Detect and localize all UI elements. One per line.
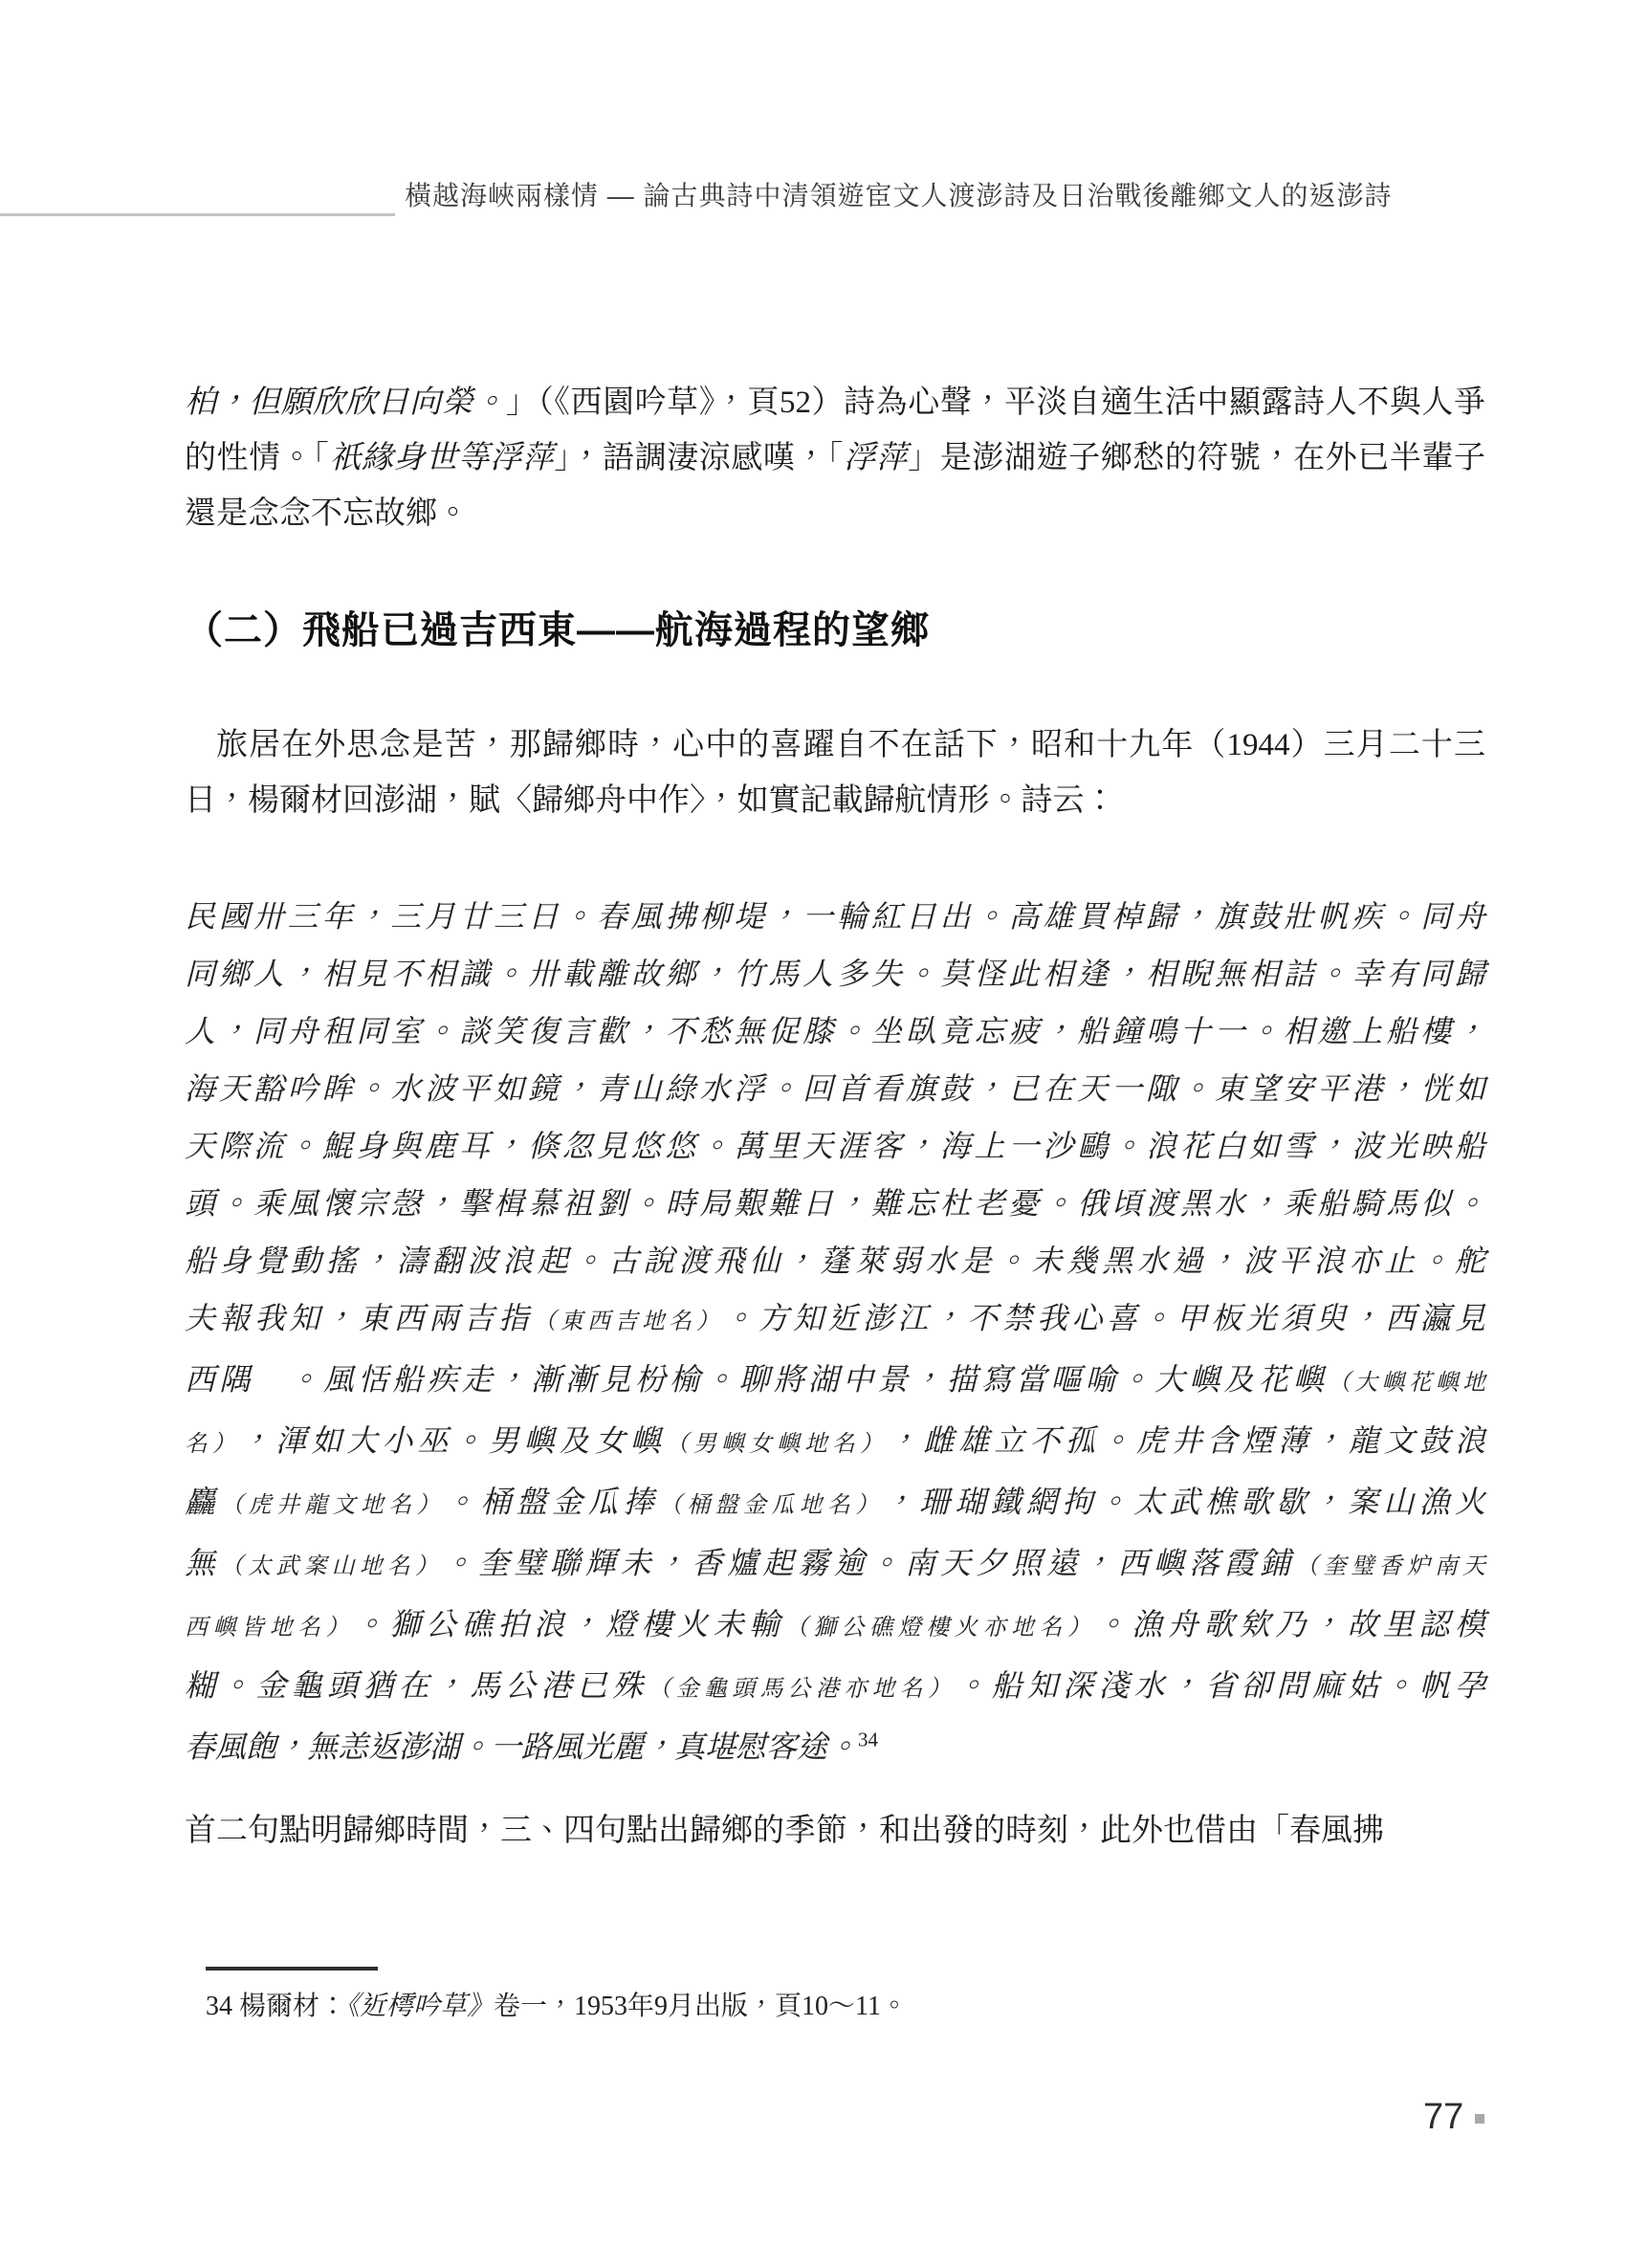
text-segment: 浮萍	[844, 441, 908, 475]
text-segment: 34 楊爾材：	[206, 1992, 346, 2021]
poem-line: 糊。金龜頭猶在，馬公港已殊（金龜頭馬公港亦地名）。船知深淺水，省卻問麻姑。帆孕	[185, 1657, 1485, 1718]
text-segment: 。獅公礁拍浪，燈樓火未輸	[354, 1607, 784, 1641]
paragraph-1: 柏，但願欣欣日向榮。」（《西園吟草》，頁52）詩為心聲，平淡自適生活中顯露詩人不…	[185, 375, 1485, 541]
text-segment: 。桶盤金瓜捧	[445, 1485, 659, 1519]
poem-line: 頭。乘風懷宗愨，擊楫慕祖劉。時局艱難日，難忘杜老憂。俄頃渡黑水，乘船騎馬似。	[185, 1175, 1485, 1232]
poem-line: 名），渾如大小巫。男嶼及女嶼（男嶼女嶼地名），雌雄立不孤。虎井含煙薄，龍文鼓浪	[185, 1412, 1485, 1473]
text-segment: 。船知深淺水，省卻問麻姑。帆孕	[956, 1668, 1485, 1703]
text-segment: 西隅 。風恬船疾走，漸漸見枌榆。聊將湖中景，描寫當嘔喻。大嶼及花嶼	[185, 1362, 1328, 1397]
text-segment: 無	[185, 1546, 220, 1580]
header-rule	[0, 213, 395, 216]
poem-line: 西嶼皆地名）。獅公礁拍浪，燈樓火未輸（獅公礁燈樓火亦地名）。漁舟歌欸乃，故里認模	[185, 1596, 1485, 1657]
poem-line: 麤（虎井龍文地名）。桶盤金瓜捧（桶盤金瓜地名），珊瑚鐵網拘。太武樵歌歇，案山漁火	[185, 1473, 1485, 1534]
paragraph-2: 旅居在外思念是苦，那歸鄉時，心中的喜躍自不在話下，昭和十九年（1944）三月二十…	[185, 717, 1485, 828]
footnote-ref: 34	[858, 1728, 878, 1751]
text-segment: 卷一，1953年9月出版，頁10～11。	[494, 1992, 908, 2021]
text-segment: 同鄉人，相見不相識。卅載離故鄉，竹馬人多失。莫怪此相逢，相睨無相詰。幸有同歸	[185, 957, 1485, 991]
poem-line: 西隅 。風恬船疾走，漸漸見枌榆。聊將湖中景，描寫當嘔喻。大嶼及花嶼（大嶼花嶼地	[185, 1351, 1485, 1412]
text-segment: 。漁舟歌欸乃，故里認模	[1096, 1607, 1485, 1641]
page-marker-square-icon	[1475, 2114, 1484, 2124]
text-segment: （東西吉地名）	[533, 1310, 723, 1334]
text-segment: 人，同舟租同室。談笑復言歡，不愁無促膝。坐臥竟忘疲，船鐘鳴十一。相邀上船樓，	[185, 1014, 1485, 1048]
poem-line: 民國卅三年，三月廿三日。春風拂柳堤，一輪紅日出。高雄買棹歸，旗鼓壯帆疾。同舟	[185, 888, 1485, 945]
text-segment: 船身覺動搖，濤翻波浪起。古說渡飛仙，蓬萊弱水是。未幾黑水過，波平浪亦止。舵	[185, 1244, 1485, 1278]
text-segment: 」，語調淒涼感嘆，「	[554, 441, 844, 475]
text-segment: 春風飽，無恙返澎湖。一路風光麗，真堪慰客途。	[185, 1729, 858, 1764]
poem-line: 夫報我知，東西兩吉指（東西吉地名）。方知近澎江，不禁我心喜。甲板光須臾，西瀛見	[185, 1289, 1485, 1351]
poem-quote-block: 民國卅三年，三月廿三日。春風拂柳堤，一輪紅日出。高雄買棹歸，旗鼓壯帆疾。同舟同鄉…	[185, 888, 1485, 1775]
text-segment: 名）	[185, 1432, 240, 1457]
poem-line: 同鄉人，相見不相識。卅載離故鄉，竹馬人多失。莫怪此相逢，相睨無相詰。幸有同歸	[185, 945, 1485, 1002]
text-segment: 麤	[185, 1485, 220, 1519]
text-segment: 《近樗吟草》	[346, 1992, 494, 2021]
poem-line: 無（太武案山地名）。奎璧聯輝未，香爐起霧逾。南天夕照遠，西嶼落霞鋪（奎璧香炉南天	[185, 1534, 1485, 1596]
text-segment: 海天豁吟眸。水波平如鏡，青山綠水浮。回首看旗鼓，已在天一陬。東望安平港，恍如	[185, 1071, 1485, 1106]
text-segment: 祇緣身世等浮萍	[329, 441, 554, 475]
text-segment: ，雌雄立不孤。虎井含煙薄，龍文鼓浪	[888, 1423, 1485, 1458]
text-segment: 夫報我知，東西兩吉指	[185, 1301, 533, 1335]
text-segment: 西嶼皆地名）	[185, 1616, 354, 1640]
text-segment: 。方知近澎江，不禁我心喜。甲板光須臾，西瀛見	[723, 1301, 1485, 1335]
poem-line: 海天豁吟眸。水波平如鏡，青山綠水浮。回首看旗鼓，已在天一陬。東望安平港，恍如	[185, 1060, 1485, 1117]
text-segment: （虎井龍文地名）	[220, 1493, 445, 1518]
text-segment: 頭。乘風懷宗愨，擊楫慕祖劉。時局艱難日，難忘杜老憂。俄頃渡黑水，乘船騎馬似。	[185, 1186, 1485, 1221]
document-page: { "header": { "title": "橫越海峽兩樣情 — 論古典詩中清…	[0, 0, 1626, 2268]
text-segment: （奎璧香炉南天	[1295, 1554, 1485, 1579]
text-segment: 柏，但願欣欣日向榮。	[185, 385, 506, 420]
text-segment: （獅公礁燈樓火亦地名）	[785, 1616, 1096, 1640]
text-segment: （男嶼女嶼地名）	[666, 1432, 888, 1457]
footnote-34: 34 楊爾材：《近樗吟草》卷一，1953年9月出版，頁10～11。	[206, 1988, 1468, 2026]
text-segment: （金龜頭馬公港亦地名）	[648, 1677, 956, 1702]
page-footer: 77	[1423, 2097, 1484, 2137]
section-heading: （二）飛船已過吉西東——航海過程的望鄉	[185, 606, 1485, 654]
poem-line: 船身覺動搖，濤翻波浪起。古說渡飛仙，蓬萊弱水是。未幾黑水過，波平浪亦止。舵	[185, 1232, 1485, 1289]
poem-line: 春風飽，無恙返澎湖。一路風光麗，真堪慰客途。34	[185, 1718, 1485, 1775]
closing-paragraph: 首二句點明歸鄉時間，三、四句點出歸鄉的季節，和出發的時刻，此外也借由「春風拂	[185, 1803, 1485, 1859]
page-number: 77	[1423, 2097, 1463, 2137]
poem-line: 天際流。鯤身與鹿耳，倏忽見悠悠。萬里天涯客，海上一沙鷗。浪花白如雪，波光映船	[185, 1117, 1485, 1175]
text-segment: 糊。金龜頭猶在，馬公港已殊	[185, 1668, 648, 1703]
text-segment: （大嶼花嶼地	[1328, 1371, 1485, 1396]
poem-line: 人，同舟租同室。談笑復言歡，不愁無促膝。坐臥竟忘疲，船鐘鳴十一。相邀上船樓，	[185, 1002, 1485, 1060]
text-segment: （桶盤金瓜地名）	[659, 1493, 884, 1518]
text-segment: （太武案山地名）	[220, 1554, 443, 1579]
running-header-title: 橫越海峽兩樣情 — 論古典詩中清領遊宦文人渡澎詩及日治戰後離鄉文人的返澎詩	[405, 178, 1393, 214]
text-segment: ，渾如大小巫。男嶼及女嶼	[240, 1423, 666, 1458]
text-segment: 民國卅三年，三月廿三日。春風拂柳堤，一輪紅日出。高雄買棹歸，旗鼓壯帆疾。同舟	[185, 899, 1485, 934]
text-segment: 。奎璧聯輝未，香爐起霧逾。南天夕照遠，西嶼落霞鋪	[443, 1546, 1295, 1580]
text-segment: 天際流。鯤身與鹿耳，倏忽見悠悠。萬里天涯客，海上一沙鷗。浪花白如雪，波光映船	[185, 1129, 1485, 1163]
footnote-separator-rule	[206, 1967, 378, 1971]
text-segment: ，珊瑚鐵網拘。太武樵歌歇，案山漁火	[884, 1485, 1485, 1519]
